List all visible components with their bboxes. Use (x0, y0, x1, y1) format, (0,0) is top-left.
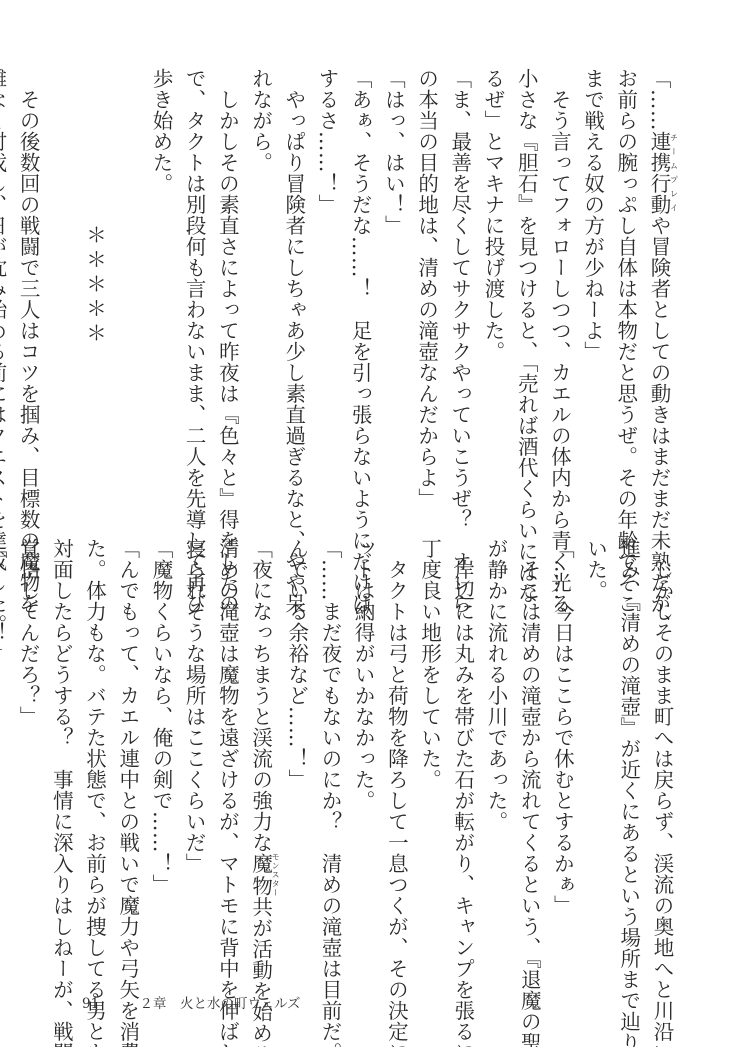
text-line: ットは納得がいかなかった。 (346, 538, 379, 978)
ruby-annotation: 連携行動チームプレイ (647, 131, 671, 215)
text-line: 「……今日はここらで休むとするかぁ」 (545, 538, 578, 978)
text-line: しかしそのまま町へは戻らず、渓流の奥地へと川沿いに (645, 538, 678, 978)
text-line: た。体力もな。バテた状態で、お前らが捜してる男ともし (77, 538, 110, 978)
text-line: その後数回の戦闘で三人はコツを掴み、目標数の魔物を (11, 68, 44, 508)
text-block-top: 「……連携行動チームプレイや冒険者としての動きはまだまだ未熟だが、お前らの腕っぷ… (48, 68, 678, 508)
text-block-bottom: しかしそのまま町へは戻らず、渓流の奥地へと川沿いに進み、『清めの滝壺』が近くにあ… (48, 538, 678, 978)
text-line: 丁度良い地形をしていた。 (412, 538, 445, 978)
text-line: 「魔物くらいなら、俺の剣で……！」 (144, 538, 177, 978)
text-line: 「ま、最善を尽くしてサクサクやっていこうぜ？ オレら (443, 68, 476, 508)
ruby-annotation: 魔物モンスター (249, 853, 273, 897)
text-line: お前らの腕っぷし自体は本物だと思うぜ。その年齢でそこ (609, 68, 642, 508)
text-line: やっぱり冒険者にしちゃあ少し素直過ぎるなと、やや呆 (277, 68, 310, 508)
text-line: 「んでもって、カエル連中との戦いで魔力や弓矢を消費し (111, 538, 144, 978)
text-line (111, 68, 144, 508)
text-line: が静かに流れる小川であった。 (479, 538, 512, 978)
text-line: 小さな『胆石』を見つけると、「売れば酒代くらいにはな (509, 68, 542, 508)
text-line: んでいる余裕など……！」 (280, 538, 313, 978)
text-line: 対面したらどうする？ 事情に深入りはしねーが、戦闘も (44, 538, 77, 978)
text-line: れながら。 (243, 68, 276, 508)
text-line: いた。 (578, 538, 611, 978)
text-line: 進み、『清めの滝壺』が近くにあるという場所まで辿り着 (612, 538, 645, 978)
page-number: 91 (82, 996, 99, 1012)
text-line: の本当の目的地は、清めの滝壺なんだからよ」 (409, 68, 442, 508)
text-line: 「……連携行動チームプレイや冒険者としての動きはまだまだ未熟だが、 (642, 68, 678, 508)
text-line: で、タクトは別段何も言わないまま、二人を先導して再び (177, 68, 210, 508)
text-line: 「あぁ、そうだな……！ 足を引っ張らないようにだけは、 (343, 68, 376, 508)
text-line: 岸辺には丸みを帯びた石が転がり、キャンプを張るには (446, 538, 479, 978)
section-separator: ＊＊＊＊＊ (77, 68, 110, 508)
text-line: するさ……！」 (310, 68, 343, 508)
text-line: タクトは弓と荷物を降ろして一息つくが、その決定にテ (379, 538, 412, 978)
page-footer: 91 ２章 火と水の町ウェルズ (82, 992, 301, 1012)
text-line: 「はっ、はい！」 (376, 68, 409, 508)
text-line: まで戦える奴の方が少ねーよ」 (575, 68, 608, 508)
text-line: しかしその素直さによって昨夜は『色々と』得をしたの (210, 68, 243, 508)
chapter-title: ２章 火と水の町ウェルズ (139, 992, 300, 1012)
text-line: 清めの滝壺は魔物を遠ざけるが、マトモに背中を伸ばして (210, 538, 243, 978)
text-line: 「……まだ夜でもないのにか？ 清めの滝壺は目前だ。休 (313, 538, 346, 978)
text-line: 覚悟してんだろ？」 (11, 538, 44, 978)
text-line: 難なく討伐し、日が沈み始める前にはクエストを達成した。 (0, 68, 11, 508)
text-line: 「ぐ……！」 (0, 538, 11, 978)
text-line: そう言ってフォローしつつ、カエルの体内から青く光る (542, 68, 575, 508)
text-line: 「夜になっちまうと渓流の強力な魔物モンスター共が活動を始める。 (243, 538, 279, 978)
text-line: 寝られそうな場所はここくらいだ」 (177, 538, 210, 978)
text-line (44, 68, 77, 508)
text-line: るぜ」とマキナに投げ渡した。 (476, 68, 509, 508)
text-line: 歩き始めた。 (144, 68, 177, 508)
text-line: そこは清めの滝壺から流れてくるという、『退魔の聖水』 (512, 538, 545, 978)
